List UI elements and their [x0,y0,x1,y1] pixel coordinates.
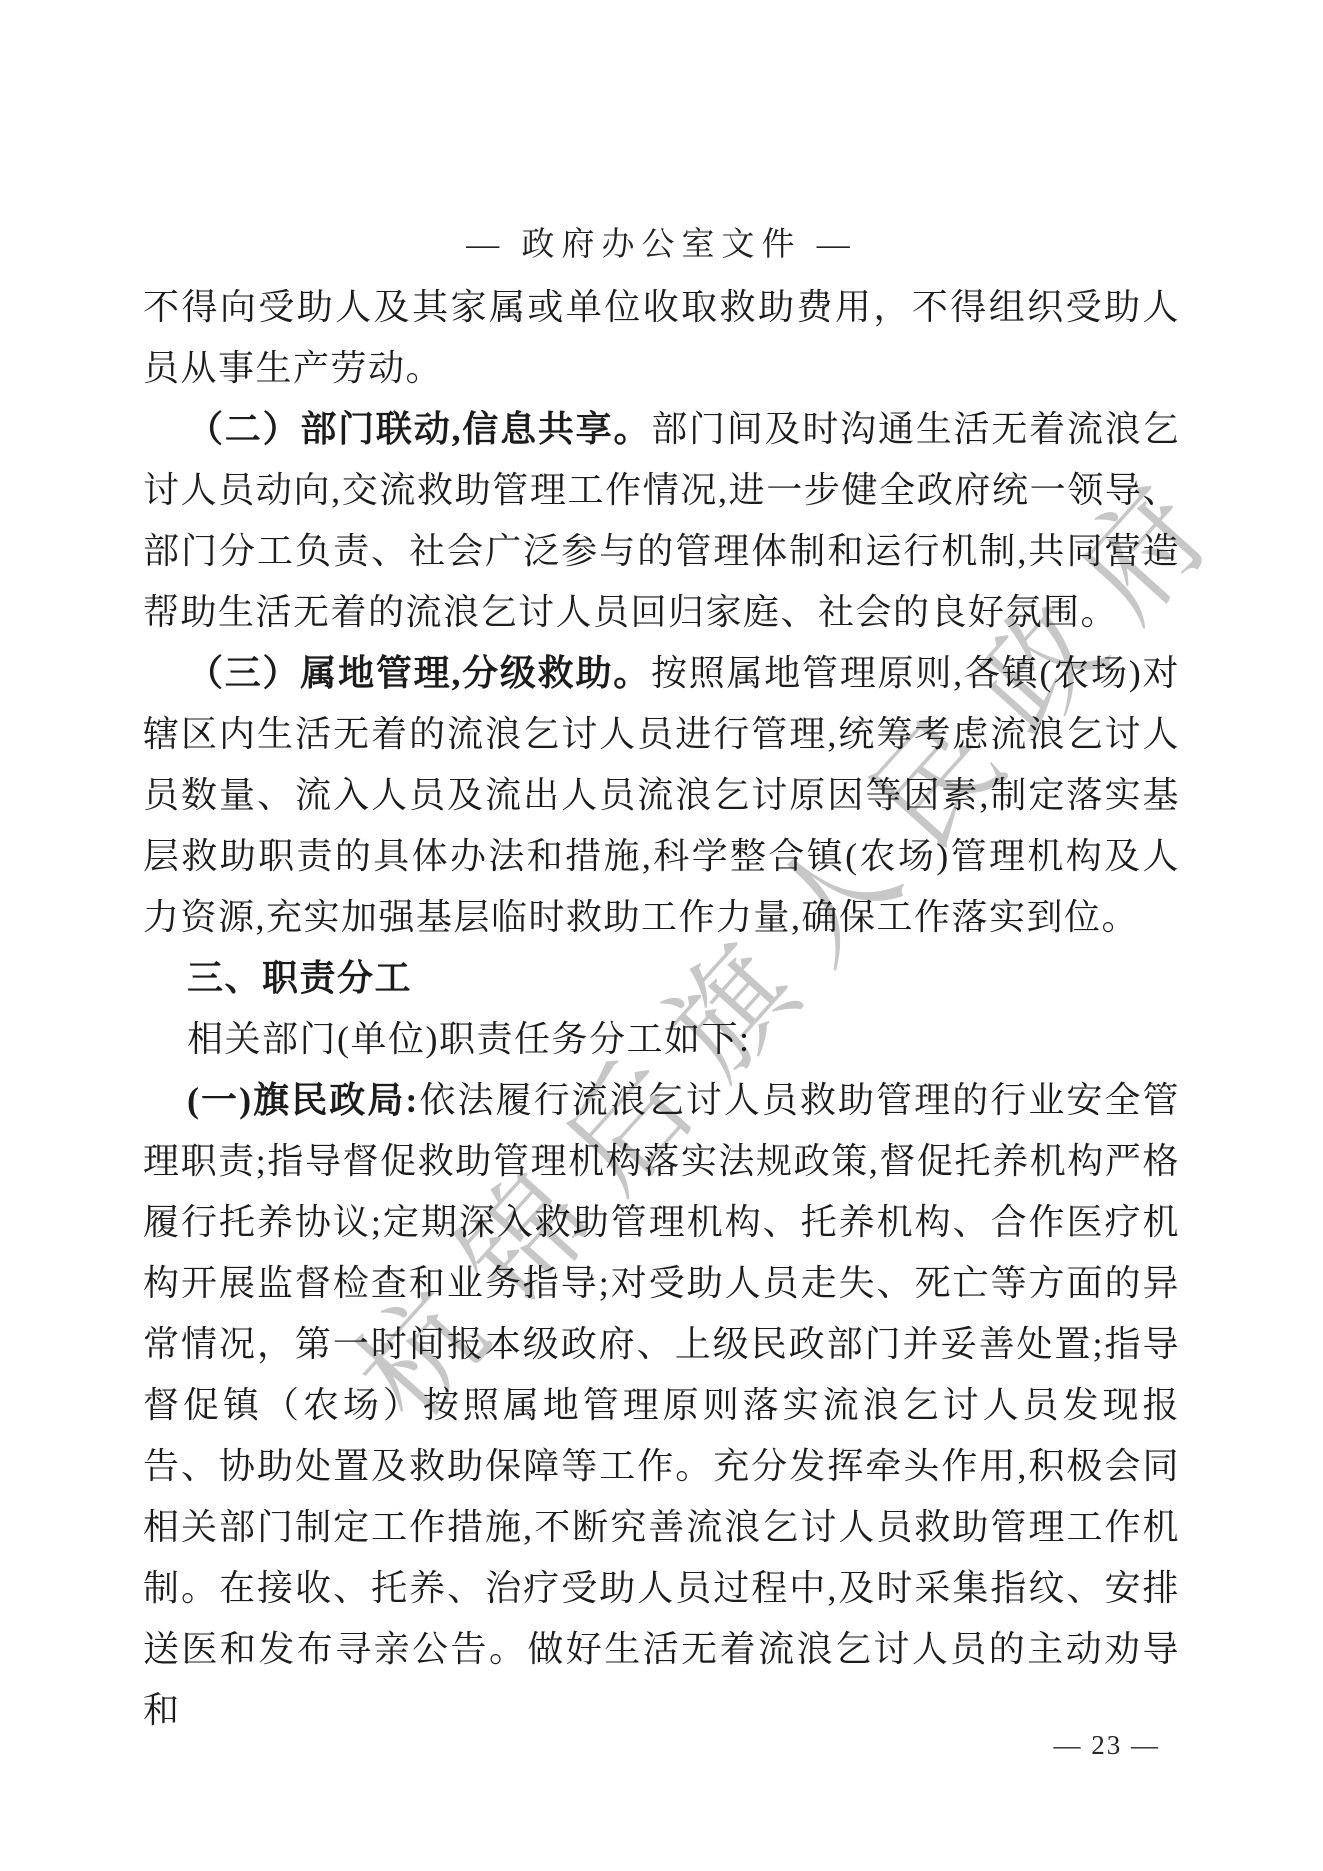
document-page: 杭锦后旗人民政府 — 政府办公室文件 — 不得向受助人及其家属或单位收取救助费用… [0,0,1323,1871]
paragraph-text: 按照属地管理原则,各镇(农场)对辖区内生活无着的流浪乞讨人员进行管理,统筹考虑流… [143,653,1180,937]
section-heading: 三、职责分工 [143,948,1180,1009]
document-header: — 政府办公室文件 — [0,218,1323,265]
paragraph: (一)旗民政局:依法履行流浪乞讨人员救助管理的行业安全管理职责;指导督促救助管理… [143,1070,1180,1741]
paragraph-lead: （二）部门联动,信息共享。 [187,409,651,449]
paragraph: 不得向受助人及其家属或单位收取救助费用，不得组织受助人员从事生产劳动。 [143,277,1180,399]
paragraph-text: 依法履行流浪乞讨人员救助管理的行业安全管理职责;指导督促救助管理机构落实法规政策… [143,1080,1180,1730]
paragraph: 相关部门(单位)职责任务分工如下: [143,1009,1180,1070]
page-number: — 23 — [1054,1730,1161,1761]
paragraph-text: 相关部门(单位)职责任务分工如下: [187,1019,750,1059]
paragraph: （二）部门联动,信息共享。部门间及时沟通生活无着流浪乞讨人员动向,交流救助管理工… [143,399,1180,643]
section-heading-text: 三、职责分工 [187,958,412,998]
paragraph-text: 不得向受助人及其家属或单位收取救助费用，不得组织受助人员从事生产劳动。 [143,287,1180,388]
paragraph-lead: (一)旗民政局: [187,1080,419,1120]
paragraph: （三）属地管理,分级救助。按照属地管理原则,各镇(农场)对辖区内生活无着的流浪乞… [143,643,1180,948]
document-body: 不得向受助人及其家属或单位收取救助费用，不得组织受助人员从事生产劳动。 （二）部… [143,277,1180,1741]
paragraph-lead: （三）属地管理,分级救助。 [187,653,651,693]
